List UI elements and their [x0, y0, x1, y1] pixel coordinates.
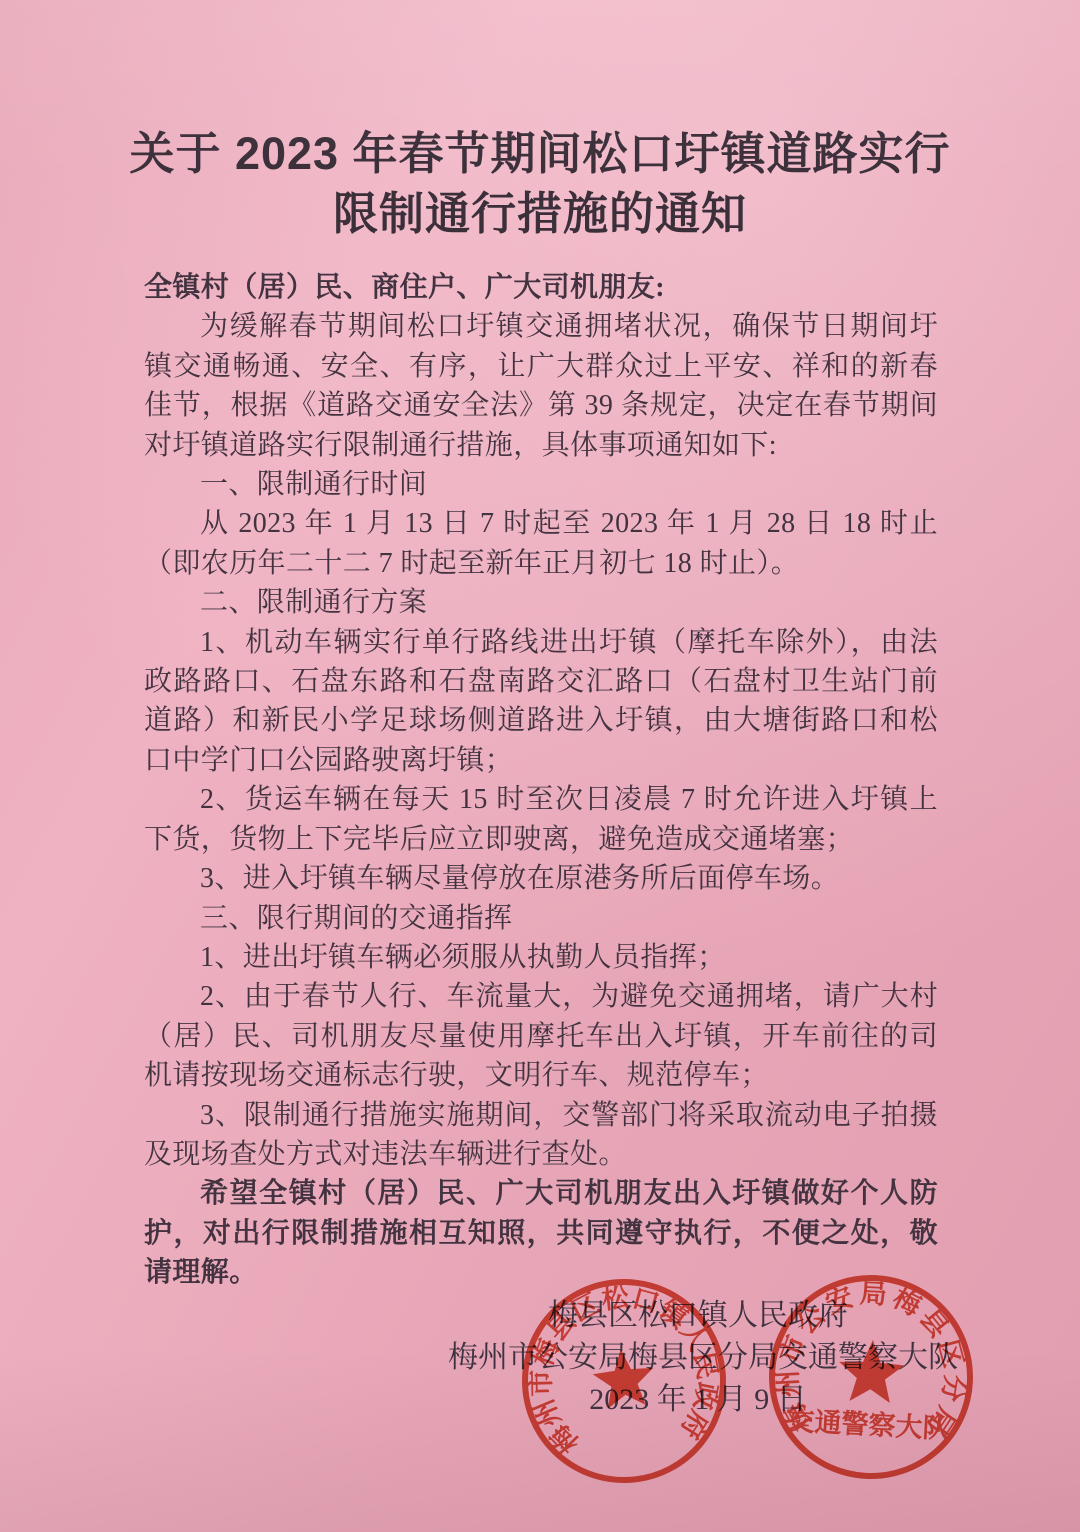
seal-star-icon: [837, 1338, 905, 1403]
section-3-item-1: 1、进出圩镇车辆必须服从执勤人员指挥；: [144, 938, 938, 977]
section-1-heading: 一、限制通行时间: [144, 465, 938, 504]
section-3-item-2: 2、由于春节人行、车流量大，为避免交通拥堵，请广大村（居）民、司机朋友尽量使用摩…: [144, 977, 938, 1095]
section-2-item-3: 3、进入圩镇车辆尽量停放在原港务所后面停车场。: [144, 859, 938, 898]
section-2-heading: 二、限制通行方案: [144, 583, 938, 622]
notice-body: 全镇村（居）民、商住户、广大司机朋友: 为缓解春节期间松口圩镇交通拥堵状况，确保…: [144, 268, 938, 1293]
notice-page: 关于 2023 年春节期间松口圩镇道路实行 限制通行措施的通知 全镇村（居）民、…: [0, 0, 1080, 1532]
section-2-item-1: 1、机动车辆实行单行路线进出圩镇（摩托车除外），由法政路路口、石盘东路和石盘南路…: [144, 623, 938, 781]
salutation: 全镇村（居）民、商住户、广大司机朋友:: [144, 268, 938, 307]
seal-bottom-text: 交通警察大队: [787, 1405, 950, 1444]
title-line-1: 关于 2023 年春节期间松口圩镇道路实行: [120, 124, 960, 184]
paragraph-intro: 为缓解春节期间松口圩镇交通拥堵状况，确保节日期间圩镇交通畅通、安全、有序，让广大…: [144, 307, 938, 465]
police-seal: 梅州市公安局梅县区分局 交通警察大队: [761, 1267, 982, 1488]
section-3-item-3: 3、限制通行措施实施期间，交警部门将采取流动电子拍摄及现场查处方式对违法车辆进行…: [144, 1096, 938, 1175]
section-3-heading: 三、限行期间的交通指挥: [144, 899, 938, 938]
title-line-2: 限制通行措施的通知: [120, 184, 960, 244]
section-1-body: 从 2023 年 1 月 13 日 7 时起至 2023 年 1 月 28 日 …: [144, 504, 938, 583]
notice-title: 关于 2023 年春节期间松口圩镇道路实行 限制通行措施的通知: [120, 124, 960, 244]
seal-star-icon: [590, 1346, 657, 1410]
government-seal: 梅州市梅县区松口镇人民政府: [509, 1266, 740, 1497]
section-2-item-2: 2、货运车辆在每天 15 时至次日凌晨 7 时允许进入圩镇上下货，货物上下完毕后…: [144, 780, 938, 859]
